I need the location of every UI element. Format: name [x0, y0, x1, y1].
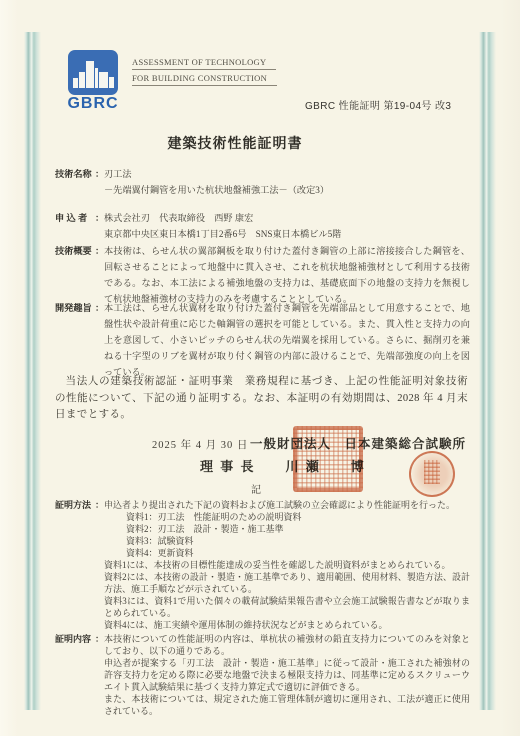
field-colon: ： — [95, 300, 104, 380]
field-technology-name: 技術名称 ： 刃工法 －先端翼付鋼管を用いた杭状地盤補強工法－（改定3） — [55, 166, 470, 198]
issue-date: 2025 年 4 月 30 日 — [152, 437, 248, 452]
doc-item-4: 資料4：更新資料 — [126, 547, 470, 559]
applicant-name: 株式会社刃 代表取締役 西野 康宏 — [104, 210, 470, 226]
tagline-line-1: ASSESSMENT OF TECHNOLOGY — [132, 57, 276, 70]
method-note-3: 資料3には、資料1で用いた個々の載荷試験結果報告書や立会施工試験報告書などが取り… — [104, 595, 470, 619]
building-skyline-icon — [99, 72, 108, 88]
building-skyline-icon — [95, 68, 98, 88]
field-label: 技術概要 — [55, 243, 95, 307]
right-border-ornament — [479, 32, 496, 710]
method-doc-list: 資料1：刃工法 性能証明のための説明資料 資料2：刃工法 設計・製造・施工基準 … — [126, 511, 470, 559]
ki-separator: 記 — [46, 481, 466, 496]
gbrc-logo-mark — [68, 50, 118, 95]
field-label: 技術名称 — [55, 166, 95, 198]
overview-text: 本技術は、らせん状の翼部鋼板を取り付けた蓋付き鋼管の上部に溶接接合した鋼管を、回… — [104, 243, 470, 307]
content-paragraph-3: また、本技術については、規定された施工管理体制が適切に運用され、工法が適正に使用… — [104, 693, 470, 717]
field-label: 証明方法 — [55, 499, 95, 631]
field-overview: 技術概要 ： 本技術は、らせん状の翼部鋼板を取り付けた蓋付き鋼管の上部に溶接接合… — [55, 243, 470, 307]
doc-item-3: 資料3：試験資料 — [126, 535, 470, 547]
content-paragraph-1: 本技術についての性能証明の内容は、単杭状の補強材の鉛直支持力についてのみを対象と… — [104, 633, 470, 657]
content-paragraph-2: 申込者が提案する「刃工法 設計・製造・施工基準」に従って設計・施工された補強材の… — [104, 657, 470, 693]
building-skyline-icon — [86, 61, 94, 88]
field-value: 株式会社刃 代表取締役 西野 康宏 東京都中央区東日本橋1丁目2番6号 SNS東… — [104, 210, 470, 242]
building-skyline-icon — [73, 78, 78, 88]
field-colon: ： — [95, 166, 104, 198]
field-purpose: 開発趣旨 ： 本工法は、らせん状翼材を取り付けた蓋付き鋼管を先端部品として用意す… — [55, 300, 470, 380]
content-body: 本技術についての性能証明の内容は、単杭状の補強材の鉛直支持力についてのみを対象と… — [104, 633, 470, 717]
method-note-2: 資料2には、本技術の設計・製造・施工基準であり、適用範囲、使用材料、製造方法、設… — [104, 571, 470, 595]
building-skyline-icon — [79, 72, 85, 88]
field-method: 証明方法 ： 申込者より提出された下記の資料および施工試験の立会確認により性能証… — [55, 499, 470, 631]
method-intro: 申込者より提出された下記の資料および施工試験の立会確認により性能証明を行った。 — [104, 499, 470, 511]
applicant-address: 東京都中央区東日本橋1丁目2番6号 SNS東日本橋ビル5階 — [104, 226, 470, 242]
doc-item-2: 資料2：刃工法 設計・製造・施工基準 — [126, 523, 470, 535]
building-skyline-icon — [109, 77, 114, 88]
gbrc-logo-text: GBRC — [62, 95, 124, 113]
field-label: 申 込 者 — [55, 210, 95, 242]
method-body: 申込者より提出された下記の資料および施工試験の立会確認により性能証明を行った。 … — [104, 499, 470, 631]
method-note-1: 資料1には、本技術の目標性能達成の妥当性を確認した説明資料がまとめられている。 — [104, 559, 470, 571]
tech-name-line-1: 刃工法 — [104, 166, 470, 182]
field-colon: ： — [95, 633, 104, 717]
certificate-page: GBRC ASSESSMENT OF TECHNOLOGY FOR BUILDI… — [0, 0, 520, 736]
field-label: 証明内容 — [55, 633, 95, 717]
certificate-number: GBRC 性能証明 第19-04号 改3 — [305, 97, 451, 112]
left-border-ornament — [24, 32, 41, 710]
field-colon: ： — [95, 210, 104, 242]
method-note-4: 資料4には、施工実績や運用体制の維持状況などがまとめられている。 — [104, 619, 470, 631]
tech-name-line-2: －先端翼付鋼管を用いた杭状地盤補強工法－（改定3） — [104, 182, 470, 198]
page-title: 建築技術性能証明書 — [115, 133, 355, 153]
purpose-text: 本工法は、らせん状翼材を取り付けた蓋付き鋼管を先端部品として用意することで、地盤… — [104, 300, 470, 380]
doc-item-1: 資料1：刃工法 性能証明のための説明資料 — [126, 511, 470, 523]
field-applicant: 申 込 者 ： 株式会社刃 代表取締役 西野 康宏 東京都中央区東日本橋1丁目2… — [55, 210, 470, 242]
logo-tagline: ASSESSMENT OF TECHNOLOGY FOR BUILDING CO… — [132, 57, 277, 89]
tagline-line-2: FOR BUILDING CONSTRUCTION — [132, 73, 277, 86]
field-value: 刃工法 －先端翼付鋼管を用いた杭状地盤補強工法－（改定3） — [104, 166, 470, 198]
field-colon: ： — [95, 499, 104, 631]
field-label: 開発趣旨 — [55, 300, 95, 380]
field-colon: ： — [95, 243, 104, 307]
field-content: 証明内容 ： 本技術についての性能証明の内容は、単杭状の補強材の鉛直支持力につい… — [55, 633, 470, 717]
declaration-paragraph: 当法人の建築技術認証・証明事業 業務規程に基づき、上記の性能証明対象技術の性能に… — [55, 374, 468, 424]
